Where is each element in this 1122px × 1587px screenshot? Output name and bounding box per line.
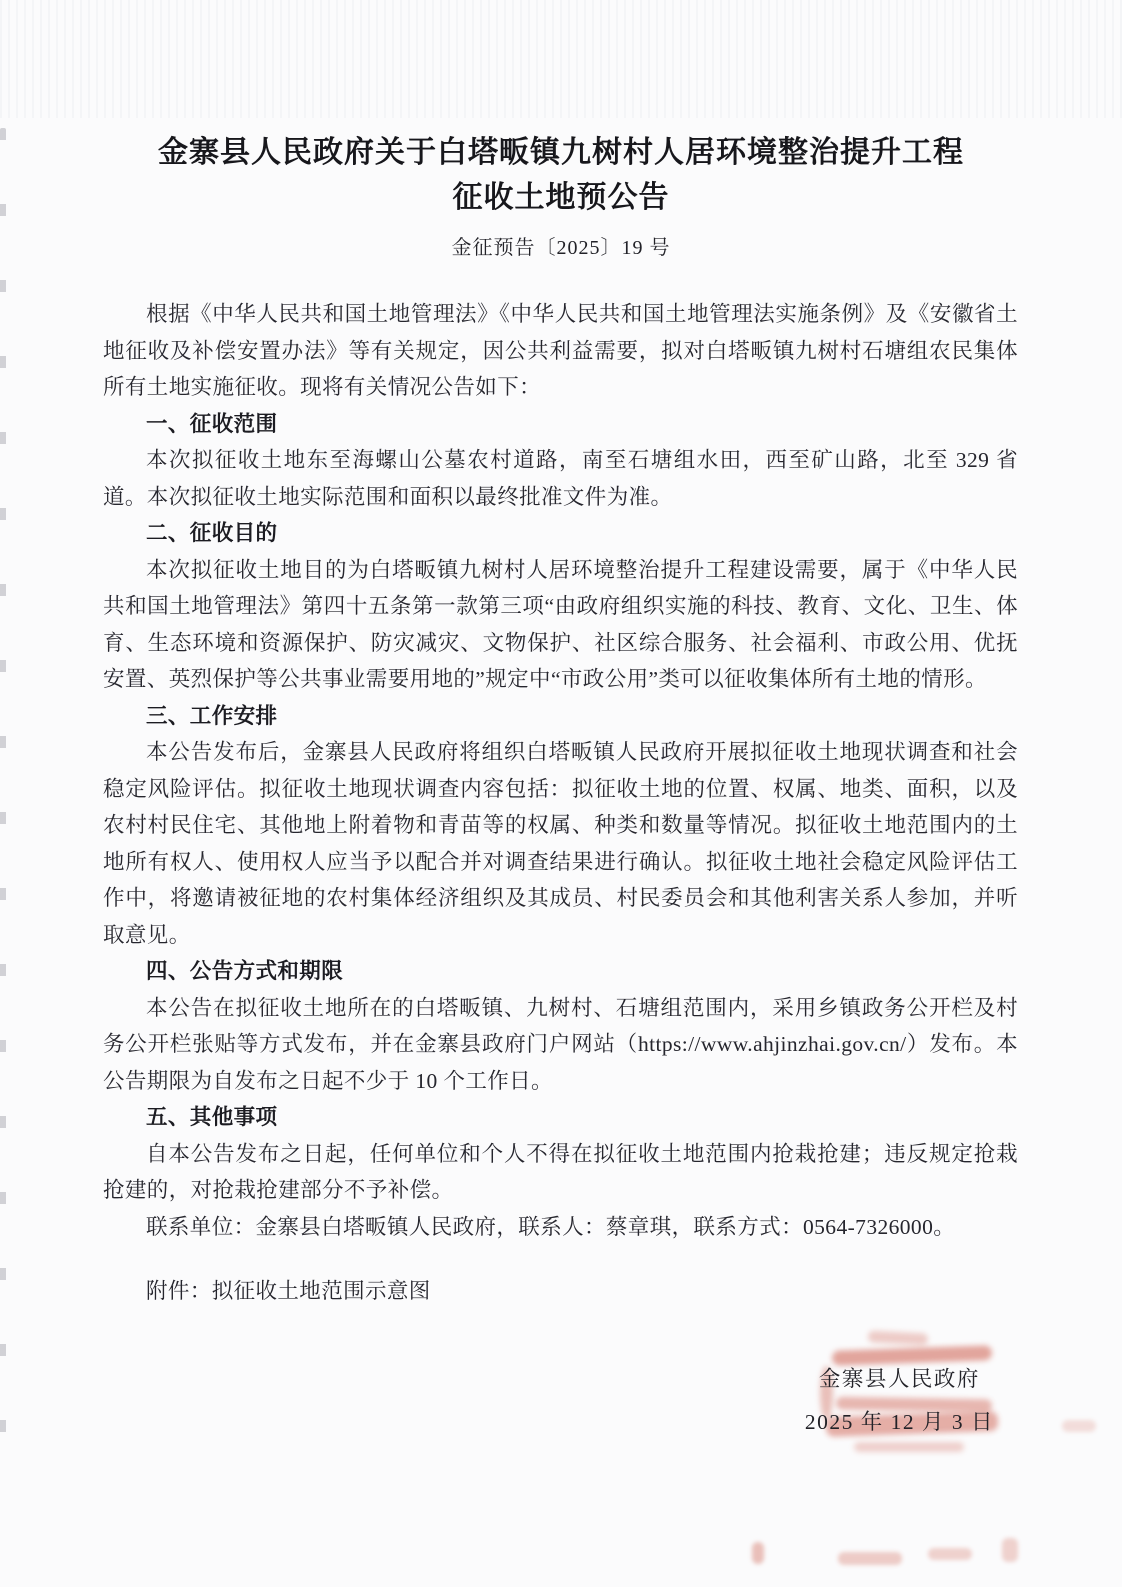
intro-paragraph: 根据《中华人民共和国土地管理法》《中华人民共和国土地管理法实施条例》及《安徽省土…: [103, 296, 1018, 406]
seal-ink-speck: [1062, 1420, 1096, 1432]
section-1-paragraph: 本次拟征收土地东至海螺山公墓农村道路，南至石塘组水田，西至矿山路，北至 329 …: [103, 442, 1018, 515]
section-2-heading: 二、征收目的: [103, 515, 1018, 552]
seal-ink-speck: [1002, 1538, 1018, 1562]
seal-ink-smudge: [868, 1330, 929, 1345]
section-4-heading: 四、公告方式和期限: [103, 953, 1018, 990]
section-3-paragraph: 本公告发布后，金寨县人民政府将组织白塔畈镇人民政府开展拟征收土地现状调查和社会稳…: [103, 734, 1018, 953]
title-line-1: 金寨县人民政府关于白塔畈镇九树村人居环境整治提升工程: [0, 130, 1122, 175]
section-3-heading: 三、工作安排: [103, 698, 1018, 735]
section-5-heading: 五、其他事项: [103, 1099, 1018, 1136]
attachment-note: 附件：拟征收土地范围示意图: [103, 1273, 1018, 1310]
contact-info-line: 联系单位：金寨县白塔畈镇人民政府，联系人：蔡章琪，联系方式：0564-73260…: [103, 1209, 1018, 1246]
document-title: 金寨县人民政府关于白塔畈镇九树村人居环境整治提升工程 征收土地预公告: [0, 0, 1122, 220]
signature-date: 2025 年 12 月 3 日: [805, 1401, 994, 1444]
seal-ink-speck: [838, 1552, 902, 1565]
section-5-paragraph-1: 自本公告发布之日起，任何单位和个人不得在拟征收土地范围内抢栽抢建；违反规定抢栽抢…: [103, 1136, 1018, 1209]
scan-artifact-left-edge: [0, 128, 6, 1468]
signature-block: 金寨县人民政府 2025 年 12 月 3 日: [805, 1358, 994, 1444]
section-4-paragraph: 本公告在拟征收土地所在的白塔畈镇、九树村、石塘组范围内，采用乡镇政务公开栏及村务…: [103, 990, 1018, 1100]
signature-issuer: 金寨县人民政府: [805, 1358, 994, 1401]
title-line-2: 征收土地预公告: [0, 175, 1122, 220]
document-number: 金征预告〔2025〕19 号: [0, 231, 1122, 260]
seal-ink-speck: [928, 1548, 972, 1560]
document-body: 根据《中华人民共和国土地管理法》《中华人民共和国土地管理法实施条例》及《安徽省土…: [103, 296, 1018, 1310]
section-2-paragraph: 本次拟征收土地目的为白塔畈镇九树村人居环境整治提升工程建设需要，属于《中华人民共…: [103, 552, 1018, 698]
seal-ink-speck: [752, 1542, 764, 1564]
announcement-page: 金寨县人民政府关于白塔畈镇九树村人居环境整治提升工程 征收土地预公告 金征预告〔…: [0, 0, 1122, 1587]
section-1-heading: 一、征收范围: [103, 406, 1018, 443]
